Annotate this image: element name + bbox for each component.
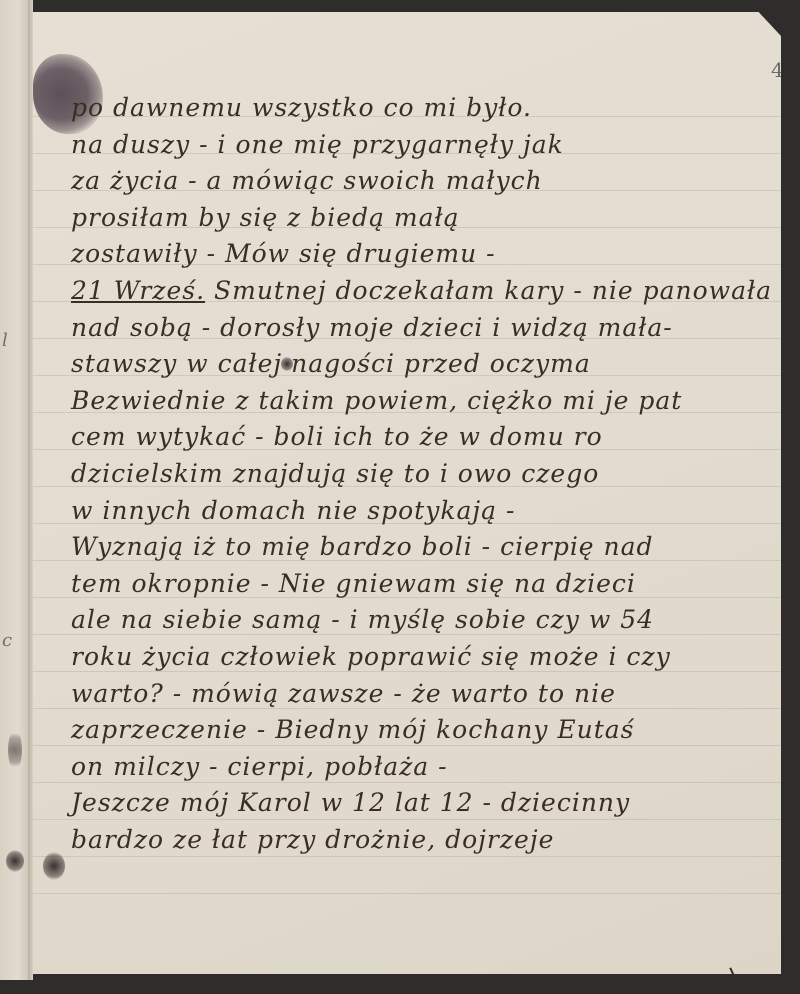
text-line: warto? - mówią zawsze - że warto to nie	[71, 676, 791, 713]
handwritten-text: po dawnemu wszystko co mi było. na duszy…	[71, 90, 791, 858]
entry-text: Smutnej doczekałam kary - nie panowała	[214, 276, 772, 305]
entry-date: 21 Wrześ.	[71, 276, 205, 305]
pen-stroke	[729, 967, 738, 984]
text-line: ale na siebie samą - i myślę sobie czy w…	[71, 602, 791, 639]
text-line: zostawiły - Mów się drugiemu -	[71, 236, 791, 273]
ruled-line	[33, 893, 781, 894]
text-line: bardzo ze łat przy drożnie, dojrzeje	[71, 822, 791, 859]
text-line: tem okropnie - Nie gniewam się na dzieci	[71, 566, 791, 603]
text-line: prosiłam by się z biedą małą	[71, 200, 791, 237]
text-line: Bezwiednie z takim powiem, ciężko mi je …	[71, 383, 791, 420]
text-line: po dawnemu wszystko co mi było.	[71, 90, 791, 127]
ink-blot-small	[43, 852, 65, 880]
text-line: nad sobą - dorosły moje dzieci i widzą m…	[71, 310, 791, 347]
ink-smudge	[8, 730, 22, 770]
text-line: on milczy - cierpi, pobłaża -	[71, 749, 791, 786]
folio-number: 4	[771, 58, 784, 82]
previous-page-strip: l c	[0, 0, 30, 980]
text-line: zaprzeczenie - Biedny mój kochany Eutaś	[71, 712, 791, 749]
text-line: cem wytykać - boli ich to że w domu ro	[71, 419, 791, 456]
text-line: w innych domach nie spotykają -	[71, 493, 791, 530]
text-line: roku życia człowiek poprawić się może i …	[71, 639, 791, 676]
margin-fragment: c	[2, 630, 12, 651]
manuscript-page: 4 po dawnemu wszystko co mi było. na dus…	[33, 12, 781, 974]
text-line: stawszy w całej nagości przed oczyma	[71, 346, 791, 383]
text-line: na duszy - i one mię przygarnęły jak	[71, 127, 791, 164]
ink-smudge	[6, 850, 24, 872]
text-line: dzicielskim znajdują się to i owo czego	[71, 456, 791, 493]
binding-edge	[28, 0, 33, 980]
text-line: Jeszcze mój Karol w 12 lat 12 - dziecinn…	[71, 785, 791, 822]
dated-entry-line: 21 Wrześ. Smutnej doczekałam kary - nie …	[71, 273, 791, 310]
manuscript-scan: l c 4 po dawnemu wszystko co mi b	[0, 0, 800, 994]
text-line: za życia - a mówiąc swoich małych	[71, 163, 791, 200]
margin-fragment: l	[2, 330, 8, 351]
text-line: Wyznają iż to mię bardzo boli - cierpię …	[71, 529, 791, 566]
